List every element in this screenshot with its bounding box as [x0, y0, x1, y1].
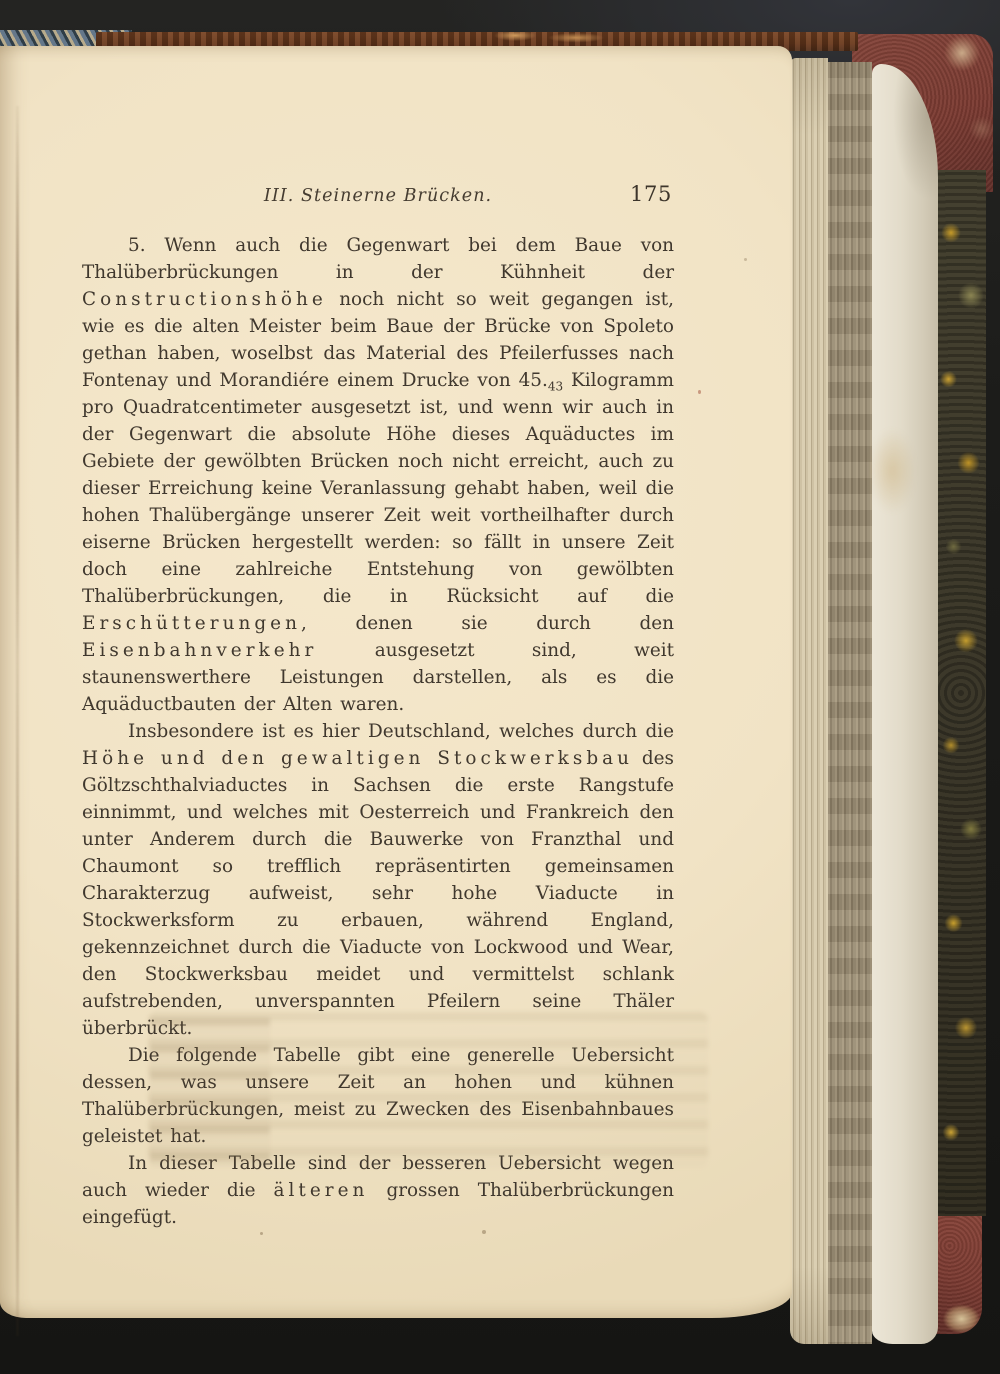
- page-stack-edge-smooth: [872, 64, 938, 1344]
- page-stack-edge-light: [790, 58, 828, 1344]
- page-stack-edge-dark: [828, 62, 872, 1344]
- page-edge-stain: [868, 428, 916, 514]
- running-title: III. Steinerne Brücken.: [82, 186, 674, 206]
- paper-speck: [260, 1232, 263, 1235]
- page-number: 175: [630, 182, 672, 206]
- book-cover-marbled-paper: [936, 170, 986, 1216]
- paper-speck: [744, 258, 747, 261]
- paper-speck: [698, 390, 701, 394]
- body-paragraph: Insbesondere ist es hier Deutschland, we…: [82, 718, 674, 1042]
- page-header: III. Steinerne Brücken. 175: [82, 186, 674, 216]
- page-gutter-crease: [16, 106, 19, 1336]
- body-paragraph: 5. Wenn auch die Gegenwart bei dem Baue …: [82, 232, 674, 718]
- reverse-side-show-through-column: [150, 1018, 270, 1166]
- scanned-book-photo: III. Steinerne Brücken. 175 5. Wenn auch…: [0, 0, 1000, 1374]
- paper-speck: [482, 1230, 486, 1234]
